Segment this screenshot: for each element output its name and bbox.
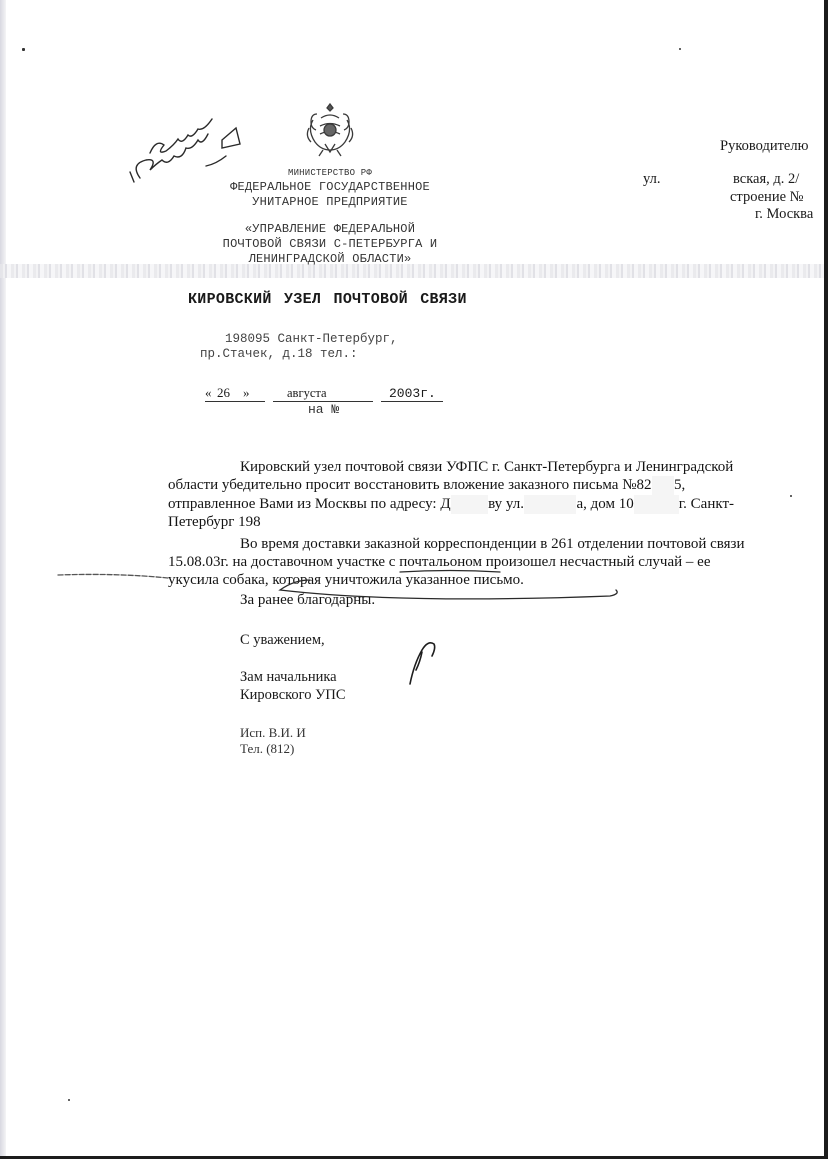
executor-phone: Тел. (812)	[240, 741, 294, 757]
ministry-label: МИНИСТЕРСТВО РФ	[200, 168, 460, 178]
org-line1: «УПРАВЛЕНИЕ ФЕДЕРАЛЬНОЙ	[180, 222, 480, 236]
recipient-street: вская, д. 2/	[733, 171, 799, 188]
executor-name: Исп. В.И. И	[240, 725, 306, 741]
scan-left-edge	[0, 0, 6, 1159]
date-year: 2003г.	[389, 386, 436, 401]
date-line: « 26 » августа 2003г.	[205, 385, 445, 403]
recipient-city: г. Москва	[755, 206, 813, 223]
enterprise-line1: ФЕДЕРАЛЬНОЕ ГОСУДАРСТВЕННОЕ	[180, 180, 480, 194]
scan-right-border	[824, 0, 828, 1159]
city-tail: г. Санкт-	[679, 496, 734, 512]
russian-double-headed-eagle-icon	[303, 100, 357, 158]
letter-page: МИНИСТЕРСТВО РФ ФЕДЕРАЛЬНОЕ ГОСУДАРСТВЕН…	[0, 0, 828, 1159]
scan-speck	[68, 1099, 70, 1101]
date-day-underline	[205, 401, 265, 402]
redacted-segment: 000	[652, 476, 675, 495]
date-year-underline	[381, 401, 443, 402]
house-number: а, дом 10	[576, 496, 633, 512]
body-thanks: За ранее благодарны.	[240, 591, 375, 610]
address-mid: ву ул.	[488, 496, 524, 512]
scan-speck	[790, 495, 792, 497]
body-p1-line2-text: области убедительно просит восстановить …	[168, 477, 652, 493]
org-line2: ПОЧТОВОЙ СВЯЗИ С-ПЕТЕРБУРГА И	[180, 237, 480, 251]
body-p1-line2: области убедительно просит восстановить …	[168, 476, 685, 495]
body-p2-line2: 15.08.03г. на доставочном участке с почт…	[168, 553, 710, 572]
scan-speck	[22, 48, 25, 51]
date-close-quote: »	[243, 385, 250, 401]
recipient-building: строение №	[730, 189, 803, 206]
body-p2-line3: укусила собака, которая уничтожила указа…	[168, 571, 524, 590]
date-open-quote: «	[205, 385, 212, 401]
body-p1-line4: Петербург 198	[168, 513, 261, 532]
scan-artifact-band	[0, 264, 824, 278]
closing-regards: С уважением,	[240, 632, 325, 649]
address-line1: 198095 Санкт-Петербург,	[225, 332, 398, 346]
recipient-title: Руководителю	[720, 138, 808, 155]
body-p1-line1: Кировский узел почтовой связи УФПС г. Са…	[240, 458, 733, 477]
address-line2: пр.Стачек, д.18 тел.:	[200, 347, 358, 361]
body-p2-line1: Во время доставки заказной корреспонденц…	[240, 535, 745, 554]
date-day: 26	[217, 385, 230, 401]
recipient-street-prefix: ул.	[643, 171, 660, 188]
enterprise-line2: УНИТАРНОЕ ПРЕДПРИЯТИЕ	[180, 195, 480, 209]
unit-title: КИРОВСКИЙ УЗЕЛ ПОЧТОВОЙ СВЯЗИ	[188, 291, 467, 308]
redacted-segment: хххххх	[634, 495, 679, 514]
redacted-segment: ххххххх	[524, 495, 577, 514]
redacted-segment: ххххх	[451, 495, 489, 514]
body-p1-line3-text: отправленное Вами из Москвы по адресу: Д	[168, 496, 451, 512]
body-p1-line3: отправленное Вами из Москвы по адресу: Д…	[168, 495, 734, 514]
org-line3: ЛЕНИНГРАДСКОЙ ОБЛАСТИ»	[180, 252, 480, 266]
signatory-position-line1: Зам начальника	[240, 669, 337, 686]
letter-number-tail: 5,	[674, 477, 685, 493]
scan-speck	[679, 48, 681, 50]
date-month: августа	[287, 386, 327, 401]
signatory-position-line2: Кировского УПС	[240, 687, 346, 704]
handwritten-signature-icon	[402, 638, 442, 688]
reference-number-label: на №	[308, 402, 339, 417]
